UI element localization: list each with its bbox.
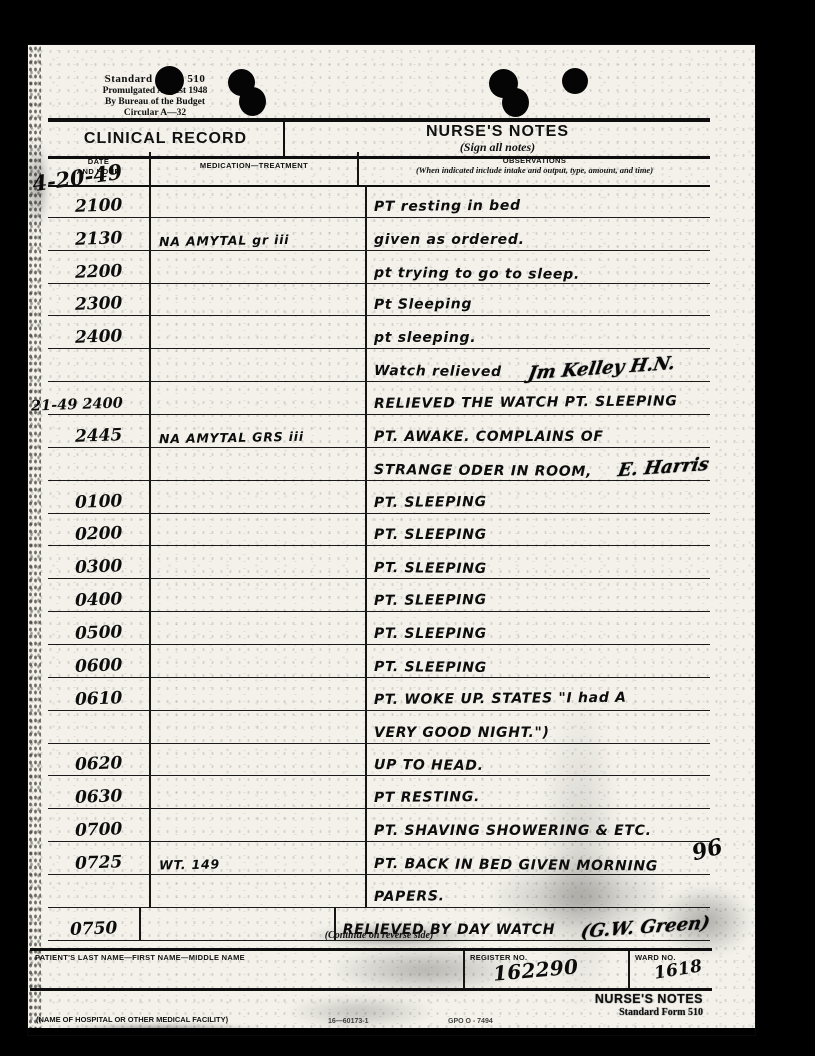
cell-medication bbox=[151, 382, 367, 414]
cell-date-hour: 21-49 2400 bbox=[48, 382, 151, 414]
cell-observation: PT. WOKE UP. STATES "I had A bbox=[367, 678, 710, 710]
cell-observation: PT. SLEEPING bbox=[367, 645, 710, 677]
cell-medication bbox=[151, 251, 367, 283]
table-row: 2130NA AMYTAL gr iiigiven as ordered. bbox=[48, 218, 710, 251]
print-code-right: GPO O - 7494 bbox=[448, 1018, 493, 1025]
cell-date-hour: 0610 bbox=[48, 678, 151, 710]
entry-signature: E. Harris bbox=[616, 453, 710, 481]
entry-observation: PAPERS. bbox=[374, 888, 445, 905]
cell-observation: given as ordered. bbox=[367, 218, 710, 250]
entry-time: 2300 bbox=[74, 294, 122, 316]
table-row: 2400pt sleeping. bbox=[48, 316, 710, 349]
entry-observation: PT. SLEEPING bbox=[374, 626, 487, 642]
cell-observation: pt trying to go to sleep. bbox=[367, 251, 710, 283]
handwritten-margin-note: 96 bbox=[689, 834, 725, 867]
cell-medication bbox=[151, 546, 367, 578]
entry-time: 0400 bbox=[74, 589, 122, 611]
cell-medication bbox=[151, 349, 367, 381]
entry-time: 2445 bbox=[74, 425, 122, 447]
entry-observation: UP TO HEAD. bbox=[374, 757, 484, 774]
cell-observation: PAPERS. bbox=[367, 875, 710, 907]
entry-time: 0725 bbox=[74, 852, 122, 874]
cell-date-hour bbox=[48, 448, 151, 480]
entry-observation: PT. SLEEPING bbox=[374, 494, 487, 511]
table-row: 0300PT. SLEEPING bbox=[48, 546, 710, 579]
bottom-nurses-notes-label: NURSE'S NOTES bbox=[595, 992, 703, 1007]
table-row: 0400PT. SLEEPING bbox=[48, 579, 710, 612]
cell-medication: WT. 149 bbox=[151, 842, 367, 874]
table-row: 2445NA AMYTAL GRS iiiPT. AWAKE. COMPLAIN… bbox=[48, 415, 710, 448]
cell-observation: pt sleeping. bbox=[367, 316, 710, 348]
observations-label: OBSERVATIONS bbox=[359, 156, 710, 165]
table-row: Watch relievedJm Kelley H.N. bbox=[48, 349, 710, 382]
cell-date-hour: 2130 bbox=[48, 218, 151, 250]
table-row: 0500PT. SLEEPING bbox=[48, 612, 710, 645]
table-row: 0610PT. WOKE UP. STATES "I had A bbox=[48, 678, 710, 711]
table-row: 0100PT. SLEEPING bbox=[48, 481, 710, 514]
entry-observation: pt trying to go to sleep. bbox=[374, 265, 580, 283]
table-row: 2200pt trying to go to sleep. bbox=[48, 251, 710, 284]
cell-date-hour: 2300 bbox=[48, 284, 151, 316]
entry-observation: PT. SLEEPING bbox=[374, 592, 487, 609]
observations-sublabel: (When indicated include intake and outpu… bbox=[359, 165, 710, 176]
entry-observation: Pt Sleeping bbox=[374, 297, 472, 314]
ink-blot bbox=[502, 88, 529, 117]
column-headers: DATE AND HOUR MEDICATION—TREATMENT OBSER… bbox=[48, 152, 710, 187]
cell-date-hour: 0630 bbox=[48, 776, 151, 808]
entry-observation: RELIEVED THE WATCH PT. SLEEPING bbox=[374, 393, 678, 412]
cell-observation: UP TO HEAD. bbox=[367, 744, 710, 776]
cell-observation: PT. SLEEPING bbox=[367, 612, 710, 644]
bottom-form-title: NURSE'S NOTES Standard Form 510 bbox=[595, 992, 703, 1019]
cell-date-hour: 0700 bbox=[48, 809, 151, 841]
page-bottom-edge bbox=[28, 1028, 755, 1035]
clinical-record-header: CLINICAL RECORD bbox=[48, 122, 285, 156]
cell-medication: NA AMYTAL gr iii bbox=[151, 218, 367, 250]
cell-date-hour bbox=[48, 875, 151, 907]
entry-time: 0100 bbox=[74, 491, 122, 513]
entry-time: 0300 bbox=[74, 556, 122, 578]
table-row: VERY GOOD NIGHT.") bbox=[48, 711, 710, 744]
cell-observation: Watch relievedJm Kelley H.N. bbox=[367, 349, 710, 381]
cell-observation: PT. SLEEPING bbox=[367, 546, 710, 578]
patient-info-band: PATIENT'S LAST NAME—FIRST NAME—MIDDLE NA… bbox=[30, 948, 712, 991]
cell-date-hour bbox=[48, 711, 151, 743]
entry-time: 2200 bbox=[74, 261, 122, 283]
continue-note: (Continue on reverse side) bbox=[48, 930, 710, 941]
table-row: STRANGE ODER IN ROOM,E. Harris bbox=[48, 448, 710, 481]
cell-observation: STRANGE ODER IN ROOM,E. Harris bbox=[367, 448, 710, 480]
cell-observation: Pt Sleeping bbox=[367, 284, 710, 316]
nurses-notes-header: NURSE'S NOTES (Sign all notes) bbox=[285, 122, 710, 156]
entry-observation: PT. AWAKE. COMPLAINS OF bbox=[374, 429, 604, 445]
cell-date-hour: 2445 bbox=[48, 415, 151, 447]
table-row: 0620UP TO HEAD. bbox=[48, 744, 710, 777]
ink-blot bbox=[562, 68, 588, 94]
entry-observation: given as ordered. bbox=[374, 232, 525, 248]
entry-medication: NA AMYTAL gr iii bbox=[159, 232, 290, 249]
nurses-notes-label: NURSE'S NOTES bbox=[426, 124, 569, 141]
cell-medication bbox=[151, 744, 367, 776]
table-row: 2300Pt Sleeping bbox=[48, 284, 710, 317]
cell-date-hour: 0400 bbox=[48, 579, 151, 611]
cell-medication bbox=[151, 776, 367, 808]
table-row: 2100PT resting in bed bbox=[48, 185, 710, 218]
ward-number-field: WARD NO. 1618 bbox=[630, 951, 712, 988]
entry-medication: NA AMYTAL GRS iii bbox=[159, 429, 304, 447]
cell-date-hour: 0100 bbox=[48, 481, 151, 513]
patient-name-field: PATIENT'S LAST NAME—FIRST NAME—MIDDLE NA… bbox=[30, 951, 465, 988]
table-row: PAPERS. bbox=[48, 875, 710, 908]
cell-observation: PT. SHAVING SHOWERING & ETC. bbox=[367, 809, 710, 841]
register-number-field: REGISTER NO. 162290 bbox=[465, 951, 630, 988]
cell-date-hour: 0725 bbox=[48, 842, 151, 874]
cell-medication bbox=[151, 612, 367, 644]
medication-label: MEDICATION—TREATMENT bbox=[151, 161, 357, 170]
cell-date-hour: 2400 bbox=[48, 316, 151, 348]
entry-time: 0630 bbox=[74, 787, 122, 809]
entry-time: 2400 bbox=[74, 326, 122, 348]
scanned-document: { "ink": "#0d0d0d", "paper": "#f3f1ea", … bbox=[0, 0, 815, 1056]
cell-medication bbox=[151, 284, 367, 316]
entry-time: 0610 bbox=[74, 688, 122, 710]
entry-time: 0700 bbox=[74, 819, 122, 841]
cell-observation: VERY GOOD NIGHT.") bbox=[367, 711, 710, 743]
cell-date-hour: 0300 bbox=[48, 546, 151, 578]
entry-observation: PT. SHAVING SHOWERING & ETC. bbox=[374, 823, 652, 839]
entry-observation: VERY GOOD NIGHT.") bbox=[374, 725, 550, 741]
cell-observation: RELIEVED THE WATCH PT. SLEEPING bbox=[367, 382, 710, 414]
cell-medication bbox=[151, 316, 367, 348]
clinical-record-label: CLINICAL RECORD bbox=[84, 130, 247, 148]
entry-time: 0620 bbox=[74, 754, 122, 776]
cell-medication bbox=[151, 711, 367, 743]
entry-medication: WT. 149 bbox=[159, 857, 220, 873]
entry-observation: Watch relieved bbox=[374, 363, 502, 380]
table-row: 0200PT. SLEEPING bbox=[48, 514, 710, 547]
cell-observation: PT. AWAKE. COMPLAINS OF bbox=[367, 415, 710, 447]
cell-medication bbox=[151, 514, 367, 546]
cell-medication bbox=[151, 579, 367, 611]
clinical-record-page: Standard Form 510 Promulgated August 194… bbox=[28, 45, 755, 1035]
cell-medication bbox=[151, 645, 367, 677]
table-row: 0600PT. SLEEPING bbox=[48, 645, 710, 678]
cell-observation: PT. BACK IN BED GIVEN MORNING bbox=[367, 842, 710, 874]
entry-observation: PT. SLEEPING bbox=[374, 659, 487, 676]
table-row: 21-49 2400RELIEVED THE WATCH PT. SLEEPIN… bbox=[48, 382, 710, 415]
cell-medication: NA AMYTAL GRS iii bbox=[151, 415, 367, 447]
cell-medication bbox=[151, 875, 367, 907]
cell-date-hour: 0200 bbox=[48, 514, 151, 546]
hospital-name-label: (NAME OF HOSPITAL OR OTHER MEDICAL FACIL… bbox=[36, 1015, 228, 1024]
bottom-standard-form-label: Standard Form 510 bbox=[595, 1007, 703, 1019]
entry-time: 0600 bbox=[74, 655, 122, 677]
cell-medication bbox=[151, 185, 367, 217]
form-bureau: By Bureau of the Budget bbox=[50, 97, 260, 108]
cell-date-hour: 0600 bbox=[48, 645, 151, 677]
table-row: 0725WT. 149PT. BACK IN BED GIVEN MORNING bbox=[48, 842, 710, 875]
entry-observation: STRANGE ODER IN ROOM, bbox=[374, 462, 592, 480]
entry-observation: PT RESTING. bbox=[374, 789, 480, 806]
cell-observation: PT resting in bed bbox=[367, 185, 710, 217]
entry-observation: PT. WOKE UP. STATES "I had A bbox=[374, 690, 627, 708]
ink-blot bbox=[239, 87, 266, 116]
print-code-left: 16—60173-1 bbox=[328, 1018, 368, 1025]
patient-name-label: PATIENT'S LAST NAME—FIRST NAME—MIDDLE NA… bbox=[35, 953, 245, 962]
cell-date-hour bbox=[48, 349, 151, 381]
entry-observation: PT. SLEEPING bbox=[374, 560, 487, 577]
cell-medication bbox=[151, 678, 367, 710]
cell-date-hour: 0620 bbox=[48, 744, 151, 776]
cell-medication bbox=[151, 809, 367, 841]
cell-observation: PT. SLEEPING bbox=[367, 514, 710, 546]
entry-time: 21-49 2400 bbox=[30, 394, 122, 414]
cell-medication bbox=[151, 481, 367, 513]
entry-observation: PT. SLEEPING bbox=[374, 527, 487, 543]
cell-observation: PT. SLEEPING bbox=[367, 481, 710, 513]
entry-signature: Jm Kelley H.N. bbox=[526, 353, 677, 385]
entry-time: 2130 bbox=[74, 228, 122, 250]
table-row: 0700PT. SHAVING SHOWERING & ETC. bbox=[48, 809, 710, 842]
column-medication: MEDICATION—TREATMENT bbox=[151, 152, 359, 185]
entry-time: 0500 bbox=[74, 622, 122, 644]
entry-time: 2100 bbox=[74, 195, 122, 217]
column-observations: OBSERVATIONS (When indicated include int… bbox=[359, 152, 710, 185]
entry-observation: pt sleeping. bbox=[374, 330, 476, 346]
entry-time: 0200 bbox=[74, 524, 122, 546]
notes-rows: 2100PT resting in bed2130NA AMYTAL gr ii… bbox=[48, 185, 710, 941]
entry-observation: PT. BACK IN BED GIVEN MORNING bbox=[374, 856, 658, 874]
ink-blot bbox=[155, 66, 184, 95]
cell-date-hour: 0500 bbox=[48, 612, 151, 644]
cell-date-hour: 2200 bbox=[48, 251, 151, 283]
cell-observation: PT RESTING. bbox=[367, 776, 710, 808]
cell-observation: PT. SLEEPING bbox=[367, 579, 710, 611]
cell-medication bbox=[151, 448, 367, 480]
table-row: 0630PT RESTING. bbox=[48, 776, 710, 809]
entry-observation: PT resting in bed bbox=[374, 198, 521, 215]
